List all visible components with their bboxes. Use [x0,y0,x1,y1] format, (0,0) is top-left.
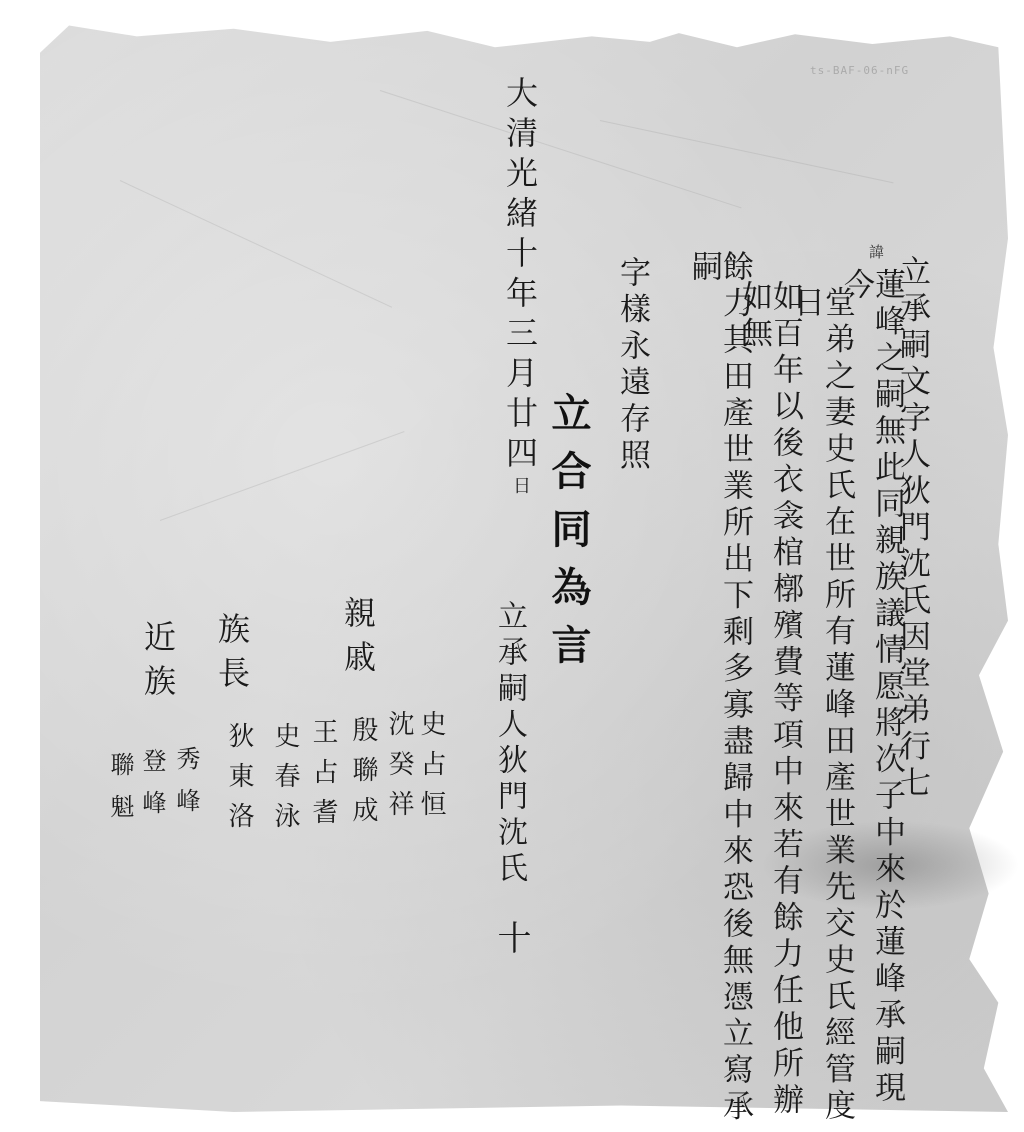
body-column-6: 字樣永遠存照 [616,256,647,475]
witness-name: 史占恒 [418,710,444,830]
witness-name: 王占耆 [310,718,336,838]
date-day-suffix: 日 [510,476,531,502]
witness-name: 殷聯成 [350,716,376,836]
date-text: 大清光緒十年三月廿四 [501,76,539,476]
witness-name: 狄東洛 [226,722,252,842]
witness-role-near-clan: 近族 [142,620,174,708]
witness-role-clan-head: 族長 [216,612,248,700]
witness-role-kin: 親戚 [342,596,374,684]
body-column-5: 餘力其田產世業所出下剩多寡盡歸中來恐後無憑立寫承嗣 [688,250,750,1132]
witness-name: 秀峰 [174,746,198,830]
contract-title: 立合同為言 [548,392,588,682]
signatory-name: 立承嗣人狄門沈氏 [494,600,524,888]
witness-name: 登峰 [140,748,164,832]
date-column: 大清光緒十年三月廿四日 [504,76,536,502]
signatory-mark: 十 [494,920,528,954]
witness-name: 聯魁 [108,752,132,836]
archive-stamp: ts-BAF-06-nFG [810,64,909,77]
honorific-prefix: 諱 [868,244,883,259]
witness-name: 沈癸祥 [386,710,412,830]
witness-name: 史春泳 [272,722,298,842]
